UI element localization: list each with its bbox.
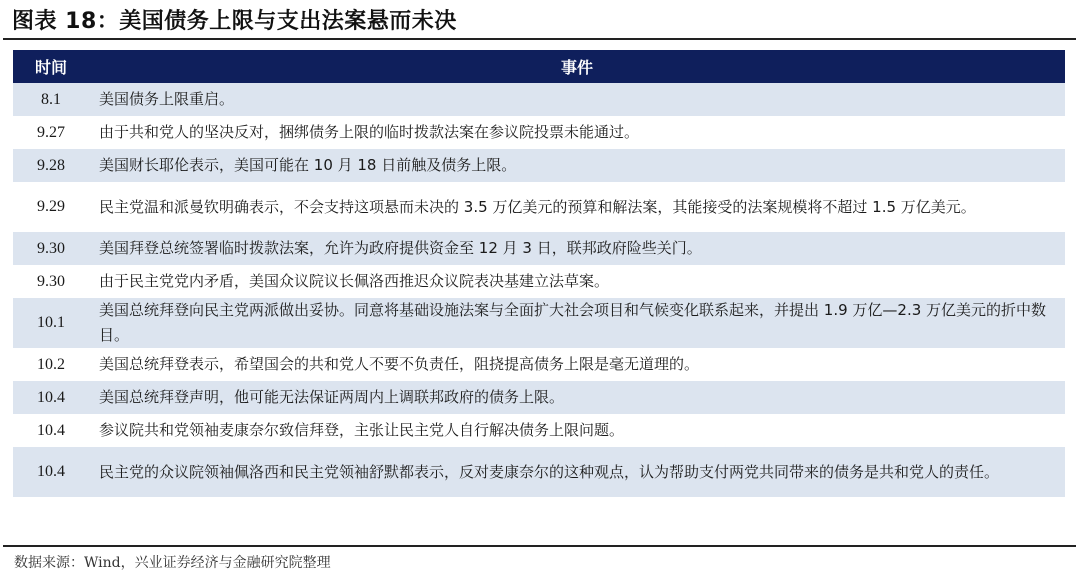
row-time: 8.1 [13,83,89,116]
table-row: 10.4 民主党的众议院领袖佩洛西和民主党领袖舒默都表示，反对麦康奈尔的这种观点… [13,447,1065,497]
table-row: 9.27 由于共和党人的坚决反对，捆绑债务上限的临时拨款法案在参议院投票未能通过… [13,116,1065,149]
header-event: 事件 [89,50,1065,83]
row-event: 美国总统拜登向民主党两派做出妥协。同意将基础设施法案与全面扩大社会项目和气候变化… [89,298,1065,348]
table-row: 10.4 参议院共和党领袖麦康奈尔致信拜登，主张让民主党人自行解决债务上限问题。 [13,414,1065,447]
table-row: 10.4 美国总统拜登声明，他可能无法保证两周内上调联邦政府的债务上限。 [13,381,1065,414]
data-source-note: 数据来源：Wind，兴业证券经济与金融研究院整理 [14,552,331,572]
table-row: 10.1 美国总统拜登向民主党两派做出妥协。同意将基础设施法案与全面扩大社会项目… [13,298,1065,348]
row-time: 10.4 [13,381,89,414]
table-row: 9.30 美国拜登总统签署临时拨款法案，允许为政府提供资金至 12 月 3 日，… [13,232,1065,265]
table-row: 8.1 美国债务上限重启。 [13,83,1065,116]
row-event: 由于民主党党内矛盾，美国众议院议长佩洛西推迟众议院表决基建立法草案。 [89,265,1065,298]
header-time: 时间 [13,50,89,83]
row-time: 9.29 [13,182,89,232]
bottom-rule [3,545,1076,547]
row-time: 9.27 [13,116,89,149]
row-event: 美国债务上限重启。 [89,83,1065,116]
table-row: 9.28 美国财长耶伦表示，美国可能在 10 月 18 日前触及债务上限。 [13,149,1065,182]
row-event: 民主党的众议院领袖佩洛西和民主党领袖舒默都表示，反对麦康奈尔的这种观点，认为帮助… [89,447,1065,497]
table-row: 9.30 由于民主党党内矛盾，美国众议院议长佩洛西推迟众议院表决基建立法草案。 [13,265,1065,298]
row-event: 美国财长耶伦表示，美国可能在 10 月 18 日前触及债务上限。 [89,149,1065,182]
row-time: 10.4 [13,447,89,497]
row-event: 参议院共和党领袖麦康奈尔致信拜登，主张让民主党人自行解决债务上限问题。 [89,414,1065,447]
table-header-row: 时间 事件 [13,50,1065,83]
table-row: 10.2 美国总统拜登表示，希望国会的共和党人不要不负责任，阻挠提高债务上限是毫… [13,348,1065,381]
row-time: 9.28 [13,149,89,182]
row-event: 美国拜登总统签署临时拨款法案，允许为政府提供资金至 12 月 3 日，联邦政府险… [89,232,1065,265]
row-time: 9.30 [13,232,89,265]
row-time: 10.4 [13,414,89,447]
figure-title: 图表 18：美国债务上限与支出法案悬而未决 [12,4,457,35]
row-event: 美国总统拜登表示，希望国会的共和党人不要不负责任，阻挠提高债务上限是毫无道理的。 [89,348,1065,381]
row-event: 由于共和党人的坚决反对，捆绑债务上限的临时拨款法案在参议院投票未能通过。 [89,116,1065,149]
top-rule [3,38,1076,40]
table-row: 9.29 民主党温和派曼钦明确表示，不会支持这项悬而未决的 3.5 万亿美元的预… [13,182,1065,232]
row-time: 9.30 [13,265,89,298]
row-event: 美国总统拜登声明，他可能无法保证两周内上调联邦政府的债务上限。 [89,381,1065,414]
events-table: 时间 事件 8.1 美国债务上限重启。 9.27 由于共和党人的坚决反对，捆绑债… [13,50,1065,497]
row-time: 10.1 [13,298,89,348]
row-time: 10.2 [13,348,89,381]
row-event: 民主党温和派曼钦明确表示，不会支持这项悬而未决的 3.5 万亿美元的预算和解法案… [89,182,1065,232]
